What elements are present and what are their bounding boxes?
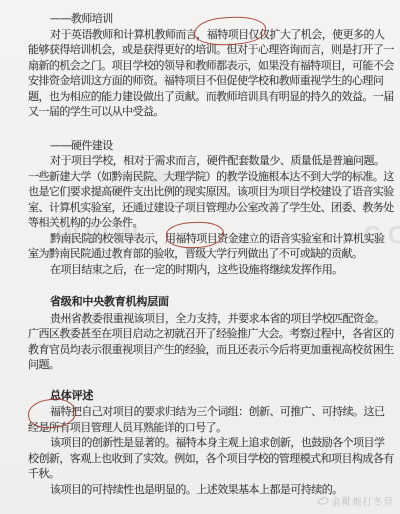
text-line: 也是它们要求提高硬件支出比例的现实原因。该项目为项目学校建设了语音实验 <box>28 184 396 200</box>
text-line: 室为黔南民院通过教育部的验收，晋级大学行列做出了不可或缺的贡献。 <box>28 246 396 262</box>
text-line: 该项目的创新性是显著的。福特本身主观上追求创新，也鼓励各个项目学 <box>28 435 396 451</box>
text-line: 扇新的机会之门。项目学校的领导和教师都表示，如果没有福特项目，可能不会 <box>28 58 396 74</box>
text-line: 室、计算机实验室，还通过建设子项目管理办公室改善了学生处、团委、教务处 <box>28 200 396 216</box>
corner-watermark: 金靴炮打冬营 <box>317 494 394 508</box>
text-line: 问题。 <box>28 357 396 373</box>
document-text-column: ——教师培训 对于英语教师和计算机教师而言，福特项目仅仅扩大了机会，使更多的人 … <box>28 11 396 497</box>
text-line: 广西区教委甚至在项目启动之初就召开了经验推广大会。考察过程中，各省区的 <box>28 326 396 342</box>
watermark-logo-icon <box>317 496 329 506</box>
watermark-text: 金靴炮打冬营 <box>331 494 394 508</box>
text-line: 教育官员均表示很重视项目产生的经验，而且还表示今后将更加重视高校贫困生 <box>28 342 396 358</box>
section-heading-provincial-central: 省级和中央教育机构层面 <box>28 295 396 311</box>
scanned-document-page: WWW COM ——教师培训 对于英语教师和计算机教师而言，福特项目仅仅扩大了机… <box>0 0 400 514</box>
section-heading-overall-review: 总体评述 <box>28 389 396 405</box>
text-line: 经是所有项目管理人员耳熟能详的口号了。 <box>28 420 396 436</box>
text-line: 安排资金培训这方面的师资。福特项目不但促使学校和教师重视学生的心理问 <box>28 73 396 89</box>
text-line: 千秋。 <box>28 466 396 482</box>
text-line: 又一届的学生可以从中受益。 <box>28 104 396 120</box>
text-line: 一些新建大学（如黔南民院、大理学院）的教学设施根本达不到大学的标准。这 <box>28 169 396 185</box>
text-line: 福特把自己对项目的要求归结为三个词组：创新、可推广、可持续。这已 <box>28 404 396 420</box>
text-line: 贵州省教委很重视该项目，全力支持，并要求本省的项目学校匹配资金。 <box>28 311 396 327</box>
section-heading-hardware: ——硬件建设 <box>28 138 396 154</box>
text-line: 题，也为相应的能力建设做出了贡献。而教师培训具有明显的持久的效益。一届 <box>28 89 396 105</box>
text-line: 对于项目学校，相对于需求而言，硬件配套数量少、质量低是普遍问题。 <box>28 153 396 169</box>
text-line: 在项目结束之后，在一定的时期内，这些设施将继续发挥作用。 <box>28 262 396 278</box>
text-line: 校创新，客观上也收到了实效。例如，各个项目学校的管理模式和项目构成各有 <box>28 451 396 467</box>
